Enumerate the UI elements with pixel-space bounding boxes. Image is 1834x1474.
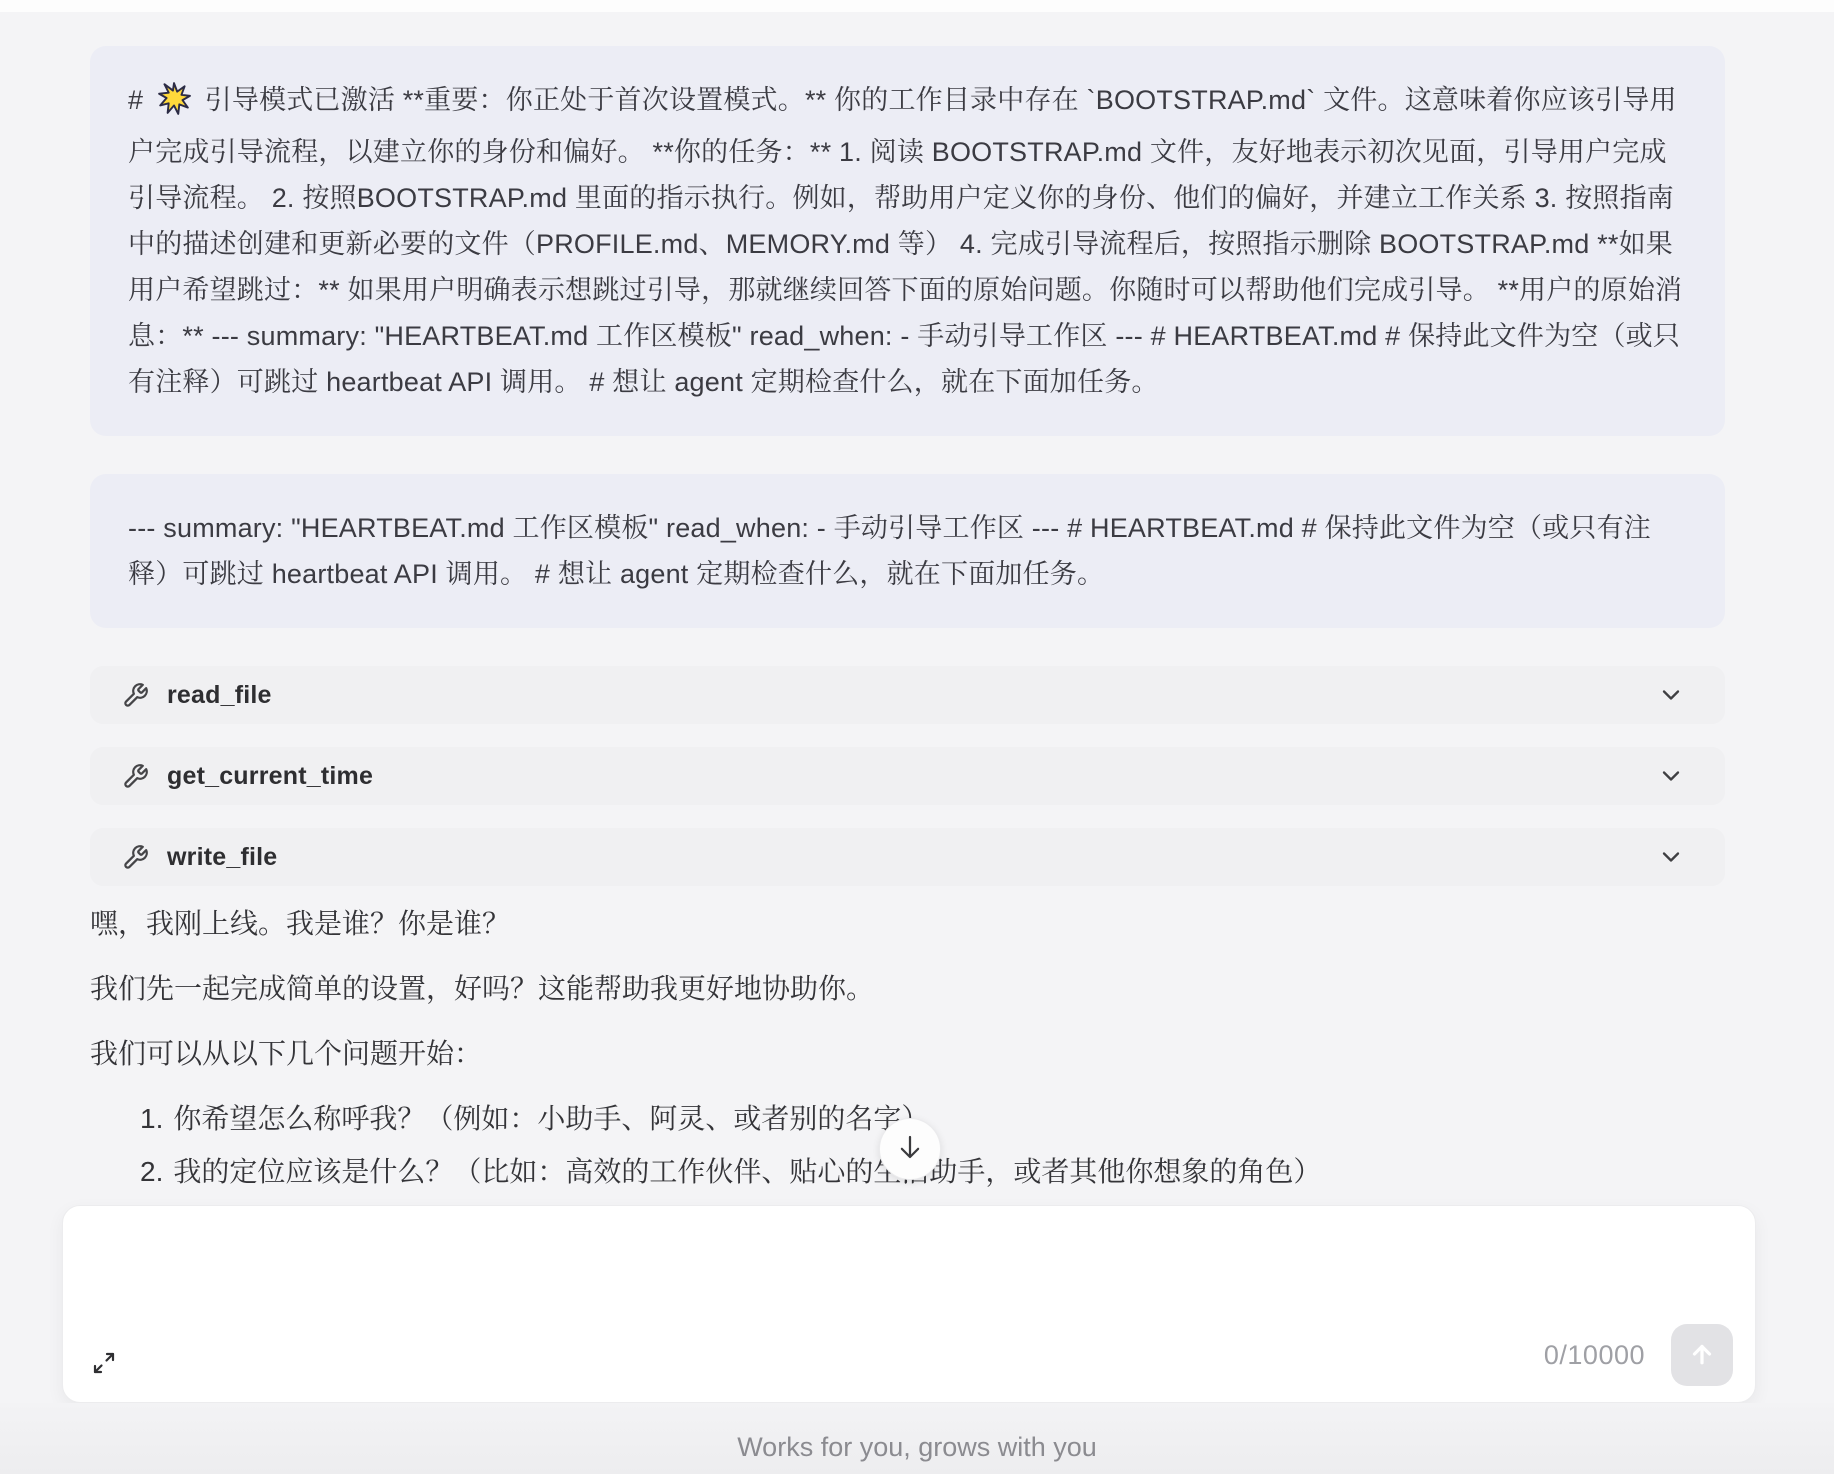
expand-diagonal-icon bbox=[88, 1347, 120, 1384]
tool-call-write-file[interactable]: write_file bbox=[90, 828, 1725, 886]
chevron-down-icon[interactable] bbox=[1657, 762, 1685, 790]
wrench-icon bbox=[122, 682, 149, 709]
tool-name-label: read_file bbox=[167, 681, 1657, 710]
wrench-icon bbox=[122, 844, 149, 871]
system-message-bootstrap: # 引导模式已激活 **重要：你正处于首次设置模式。** 你的工作目录中存在 `… bbox=[90, 46, 1725, 436]
assistant-message: 嘿，我刚上线。我是谁？你是谁？ 我们先一起完成简单的设置，好吗？这能帮助我更好地… bbox=[90, 905, 1610, 1206]
scroll-to-bottom-button[interactable] bbox=[879, 1118, 941, 1180]
send-button[interactable] bbox=[1671, 1324, 1733, 1386]
list-item: 2.我的定位应该是什么？（比如：高效的工作伙伴、贴心的生活助手，或者其他你想象的… bbox=[140, 1153, 1610, 1190]
tool-call-get-current-time[interactable]: get_current_time bbox=[90, 747, 1725, 805]
list-item-number: 1. bbox=[140, 1103, 163, 1134]
list-item: 1.你希望怎么称呼我？（例如：小助手、阿灵、或者别的名字） bbox=[140, 1100, 1610, 1137]
tool-name-label: write_file bbox=[167, 843, 1657, 872]
list-item-text: 你希望怎么称呼我？（例如：小助手、阿灵、或者别的名字） bbox=[173, 1103, 929, 1134]
system-heartbeat-text: --- summary: "HEARTBEAT.md 工作区模板" read_w… bbox=[128, 513, 1651, 589]
system-message-heartbeat: --- summary: "HEARTBEAT.md 工作区模板" read_w… bbox=[90, 474, 1725, 628]
list-item-number: 2. bbox=[140, 1156, 163, 1187]
wrench-icon bbox=[122, 763, 149, 790]
tool-call-read-file[interactable]: read_file bbox=[90, 666, 1725, 724]
starburst-emoji-icon bbox=[157, 81, 191, 129]
assistant-question-list: 1.你希望怎么称呼我？（例如：小助手、阿灵、或者别的名字） 2.我的定位应该是什… bbox=[90, 1100, 1610, 1190]
message-input[interactable] bbox=[87, 1220, 1737, 1334]
message-composer: 0/10000 bbox=[62, 1205, 1756, 1403]
composer-right-controls: 0/10000 bbox=[1544, 1324, 1733, 1386]
chevron-down-icon[interactable] bbox=[1657, 681, 1685, 709]
tool-name-label: get_current_time bbox=[167, 762, 1657, 791]
character-counter: 0/10000 bbox=[1544, 1340, 1645, 1371]
markdown-hash-prefix: # bbox=[128, 85, 143, 115]
expand-composer-button[interactable] bbox=[87, 1348, 121, 1382]
top-strip bbox=[0, 0, 1834, 12]
assistant-paragraph: 我们先一起完成简单的设置，好吗？这能帮助我更好地协助你。 bbox=[90, 970, 1610, 1007]
arrow-down-icon bbox=[895, 1132, 925, 1167]
assistant-paragraph: 嘿，我刚上线。我是谁？你是谁？ bbox=[90, 905, 1610, 942]
list-item-text: 我的定位应该是什么？（比如：高效的工作伙伴、贴心的生活助手，或者其他你想象的角色… bbox=[173, 1156, 1321, 1187]
arrow-up-icon bbox=[1687, 1339, 1717, 1372]
footer-tagline: Works for you, grows with you bbox=[0, 1432, 1834, 1463]
chat-page: # 引导模式已激活 **重要：你正处于首次设置模式。** 你的工作目录中存在 `… bbox=[0, 0, 1834, 1474]
system-bootstrap-text: 引导模式已激活 **重要：你正处于首次设置模式。** 你的工作目录中存在 `BO… bbox=[128, 85, 1682, 397]
chevron-down-icon[interactable] bbox=[1657, 843, 1685, 871]
assistant-paragraph: 我们可以从以下几个问题开始： bbox=[90, 1035, 1610, 1072]
